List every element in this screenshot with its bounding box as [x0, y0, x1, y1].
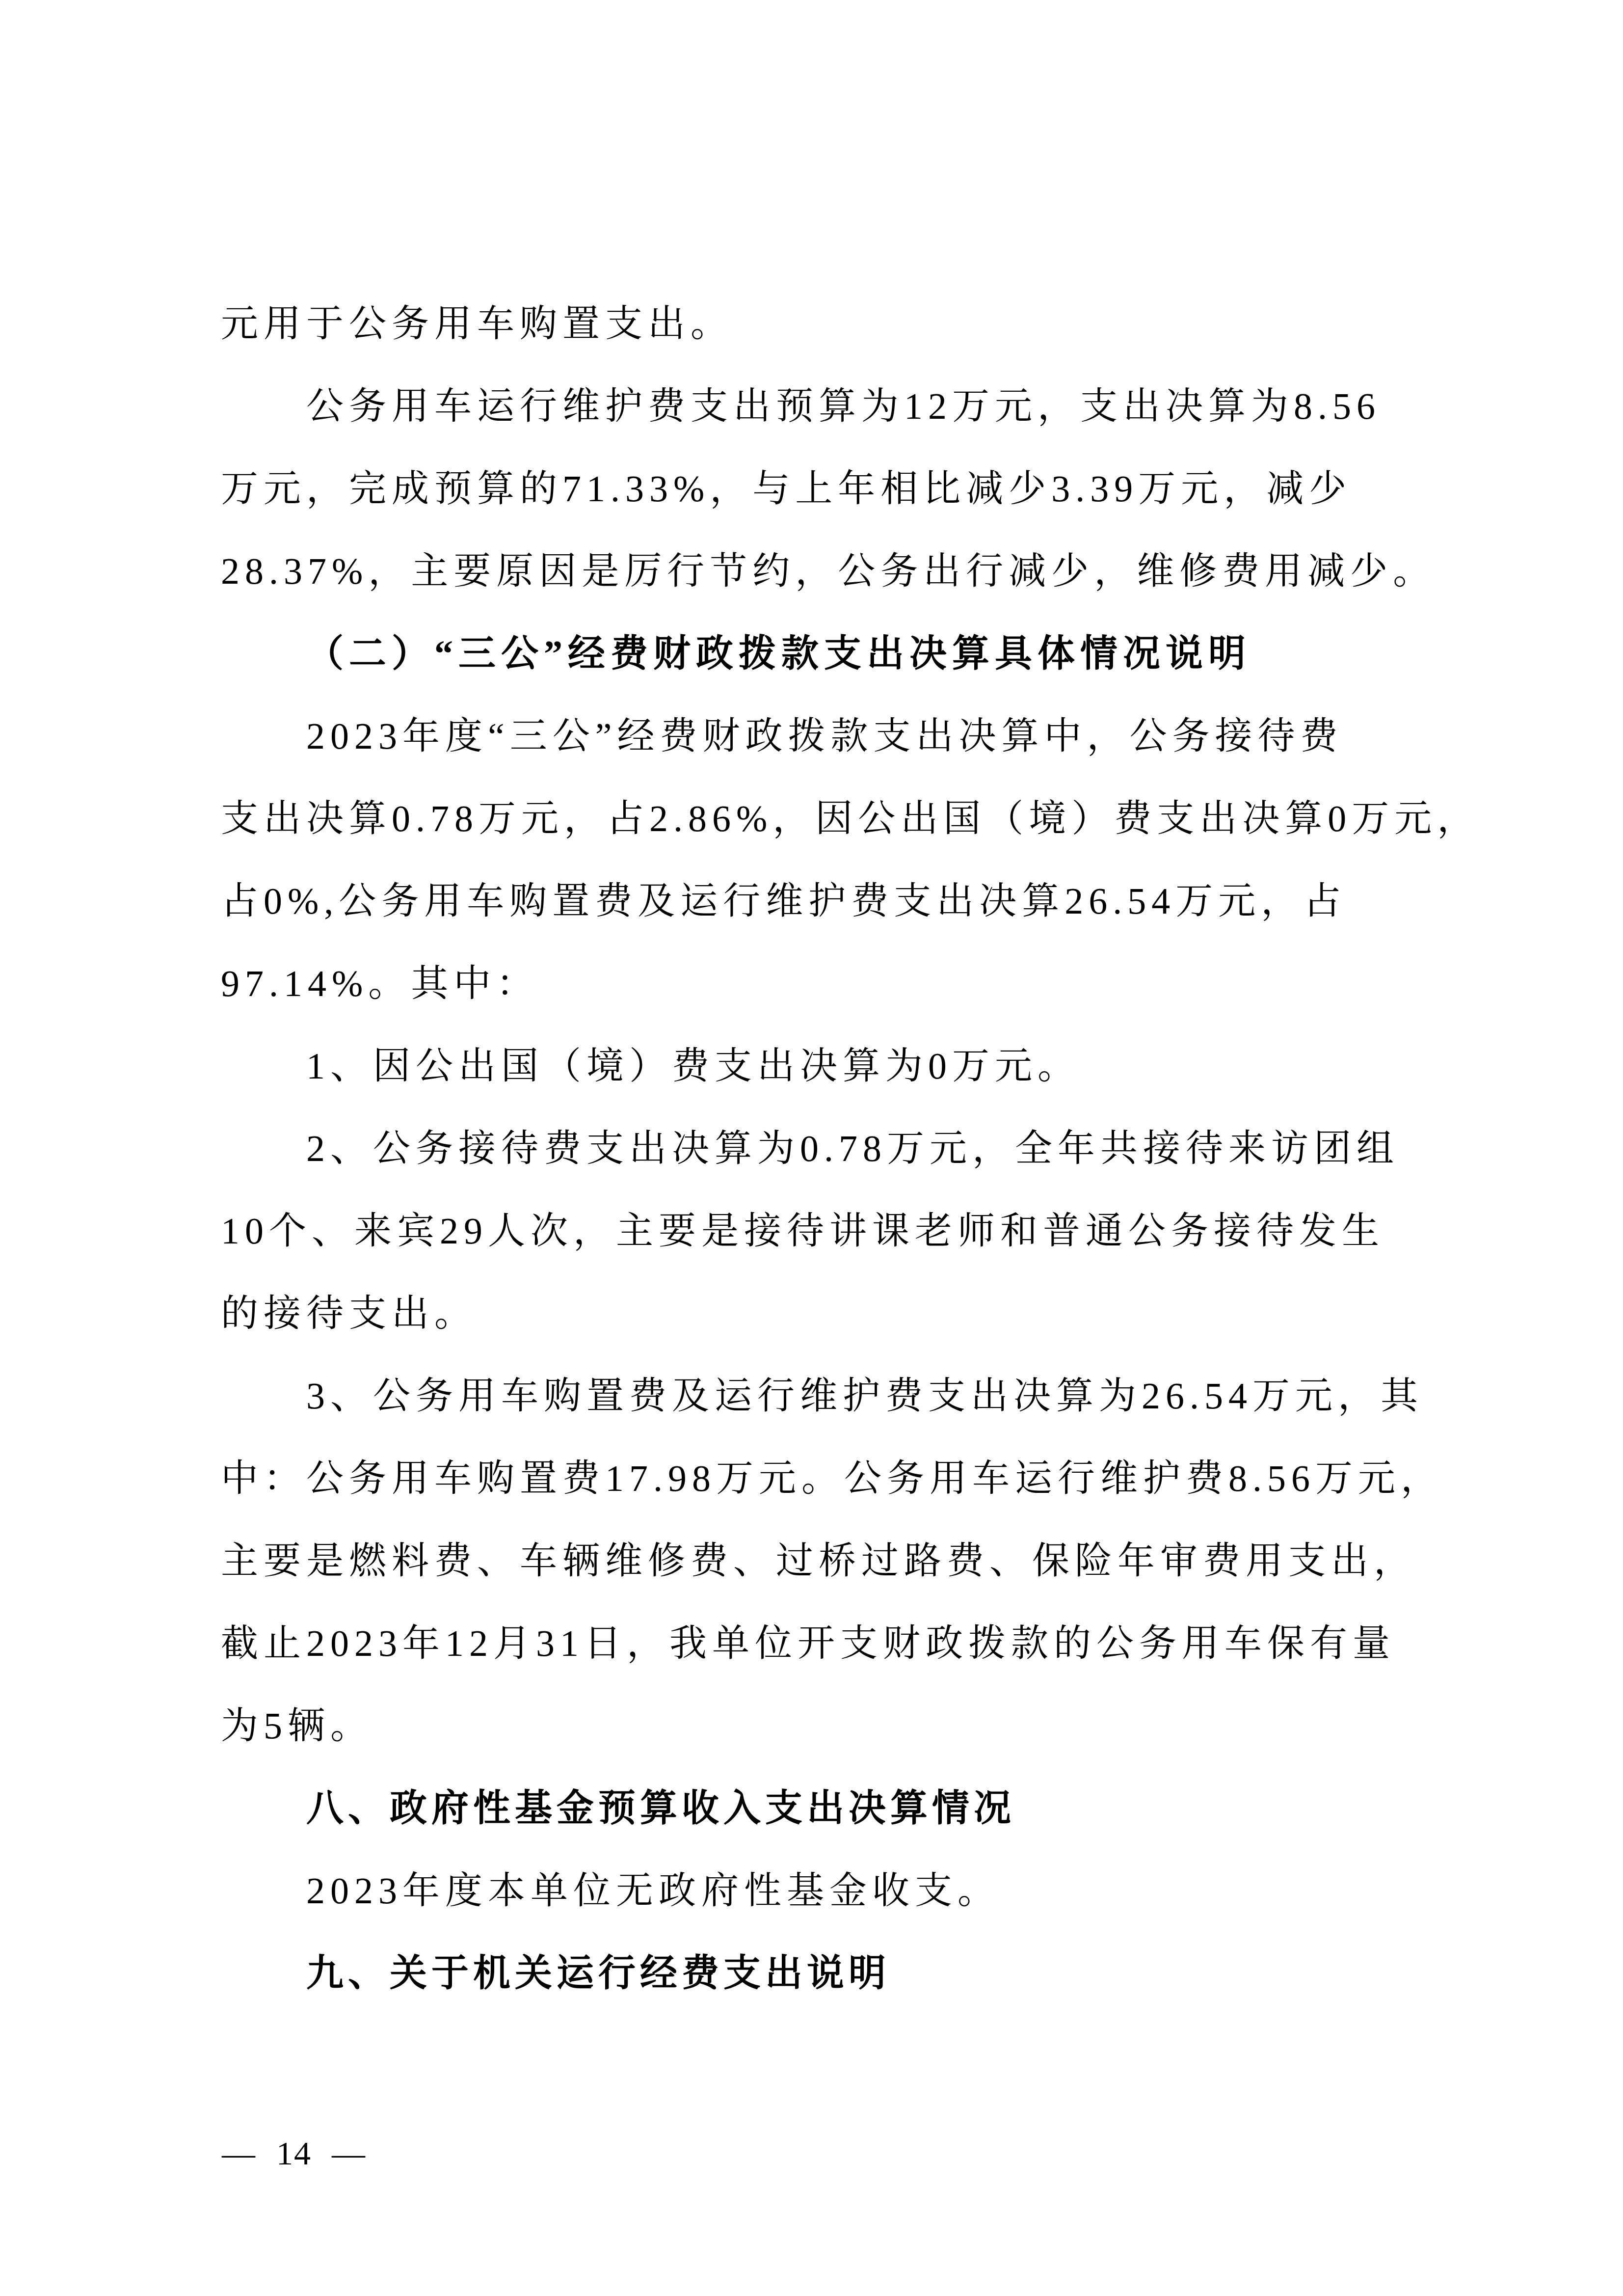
text-line: 万元，完成预算的71.33%，与上年相比减少3.39万元，减少: [221, 448, 1423, 530]
text-line: 2023年度本单位无政府性基金收支。: [221, 1850, 1423, 1932]
text-line: 元用于公务用车购置支出。: [221, 283, 1423, 365]
text-line: 为5辆。: [221, 1685, 1423, 1767]
text-line: 中：公务用车购置费17.98万元。公务用车运行维护费8.56万元，: [221, 1437, 1423, 1520]
text-line: 97.14%。其中：: [221, 943, 1423, 1025]
text-line: 2、公务接待费支出决算为0.78万元，全年共接待来访团组: [221, 1107, 1423, 1190]
text-line: 支出决算0.78万元，占2.86%，因公出国（境）费支出决算0万元，: [221, 778, 1423, 860]
heading-line: （二）“三公”经费财政拨款支出决算具体情况说明: [221, 613, 1423, 695]
text-line: 3、公务用车购置费及运行维护费支出决算为26.54万元，其: [221, 1355, 1423, 1437]
document-lines: 元用于公务用车购置支出。公务用车运行维护费支出预算为12万元，支出决算为8.56…: [221, 283, 1423, 2015]
text-line: 28.37%，主要原因是厉行节约，公务出行减少，维修费用减少。: [221, 530, 1423, 613]
text-line: 1、因公出国（境）费支出决算为0万元。: [221, 1025, 1423, 1107]
heading-line: 九、关于机关运行经费支出说明: [221, 1932, 1423, 2015]
text-line: 截止2023年12月31日，我单位开支财政拨款的公务用车保有量: [221, 1602, 1423, 1685]
text-line: 的接待支出。: [221, 1272, 1423, 1355]
text-line: 公务用车运行维护费支出预算为12万元，支出决算为8.56: [221, 365, 1423, 448]
text-line: 主要是燃料费、车辆维修费、过桥过路费、保险年审费用支出，: [221, 1520, 1423, 1602]
page-number: — 14 —: [222, 2129, 366, 2178]
text-line: 2023年度“三公”经费财政拨款支出决算中，公务接待费: [221, 695, 1423, 778]
document-page: { "page": { "background": "#ffffff", "te…: [0, 0, 1623, 2296]
heading-line: 八、政府性基金预算收入支出决算情况: [221, 1767, 1423, 1850]
text-line: 10个、来宾29人次，主要是接待讲课老师和普通公务接待发生: [221, 1190, 1423, 1272]
text-line: 占0%,公务用车购置费及运行维护费支出决算26.54万元，占: [221, 860, 1423, 943]
